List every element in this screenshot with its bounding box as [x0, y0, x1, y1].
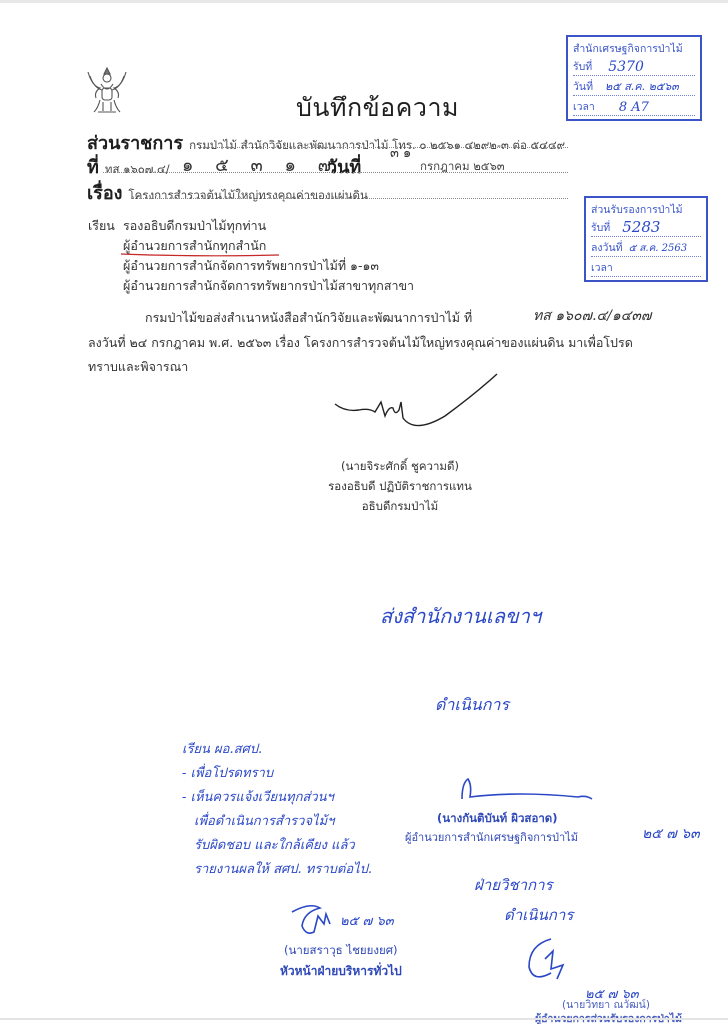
receipt-stamp-economics-office: สำนักเศรษฐกิจการป่าไม้ รับที่ 5370 วันที…	[566, 35, 702, 121]
stamp-date-value: ๕ ส.ค. 2563	[629, 241, 688, 256]
note-line-4: เพื่อดำเนินการสำรวจไม้ฯ	[194, 810, 372, 834]
subject-dotline	[131, 198, 568, 199]
stamp-date-label: ลงวันที่	[591, 239, 623, 256]
date-month-year: กรกฎาคม ๒๕๖๓	[420, 158, 505, 176]
stamp-office-label: สำนักเศรษฐกิจการป่าไม้	[573, 40, 695, 56]
handwritten-approval-1: ส่งสำนักงานเลขาฯ	[380, 600, 541, 632]
document-title: บันทึกข้อความ	[296, 88, 459, 128]
note-line-1: เรียน ผอ.สศป.	[182, 738, 372, 762]
note-signature-date: ๒๕ ๗ ๖๓	[340, 910, 394, 931]
note-line-5: รับผิดชอบ และใกล้เคียง แล้ว	[194, 834, 372, 858]
recipient-4: ผู้อำนวยการสำนักจัดการทรัพยากรป่าไม้สาขา…	[123, 276, 414, 296]
salutation-label: เรียน	[88, 216, 115, 236]
stamp-date-label: วันที่	[573, 78, 593, 95]
recipient-1: รองอธิบดีกรมป่าไม้ทุกท่าน	[123, 216, 266, 236]
director-signature	[458, 775, 608, 805]
body-line-1: กรมป่าไม้ขอส่งสำเนาหนังสือสำนักวิจัยและพ…	[145, 308, 472, 328]
director-date-handwritten: ๒๕ ๗ ๖๓	[642, 823, 700, 845]
stamp-time-label: เวลา	[591, 259, 613, 276]
signatory-block: (นายจิระศักดิ์ ชูความดี) รองอธิบดี ปฏิบั…	[300, 456, 500, 516]
stamp-time-label: เวลา	[573, 98, 595, 115]
assign-line-1: ฝ่ายวิชาการ	[474, 873, 553, 897]
handwritten-note-block: เรียน ผอ.สศป. - เพื่อโปรดทราบ - เห็นควรแ…	[182, 738, 372, 882]
assign-line-2: ดำเนินการ	[504, 903, 573, 927]
recipient-3: ผู้อำนวยการสำนักจัดการทรัพยากรป่าไม้ที่ …	[123, 256, 379, 276]
stamp-date-value: ๒๕ ส.ค. ๒๕๖๓	[605, 77, 679, 95]
body-handwritten-ref: ทส ๑๖๐๗.๔/๑๔๓๗	[533, 305, 651, 327]
stamp-office-label: ส่วนรับรองการป่าไม้	[591, 201, 701, 217]
receipt-stamp-certification-division: ส่วนรับรองการป่าไม้ รับที่ 5283 ลงวันที่…	[584, 196, 708, 282]
subject-value: โครงการสำรวจต้นไม้ใหญ่ทรงคุณค่าของแผ่นดิ…	[128, 187, 367, 205]
garuda-emblem-icon	[84, 64, 130, 116]
stamp-receive-number: 5370	[608, 59, 644, 75]
note-line-2: - เพื่อโปรดทราบ	[182, 762, 372, 786]
subject-label: เรื่อง	[87, 178, 122, 207]
reference-row: ที่ ทส ๑๖๐๗.๔/	[87, 152, 170, 181]
note-line-3: - เห็นควรแจ้งเวียนทุกส่วนฯ	[182, 786, 372, 810]
bottom-signer-position: ผู้อำนวยการส่วนรับรองการป่าไม้	[535, 1010, 682, 1024]
director-position: ผู้อำนวยการสำนักเศรษฐกิจการป่าไม้	[405, 828, 578, 846]
subject-row: เรื่อง โครงการสำรวจต้นไม้ใหญ่ทรงคุณค่าขอ…	[87, 178, 368, 207]
handwritten-approval-2: ดำเนินการ	[435, 693, 509, 718]
note-line-6: รายงานผลให้ สศป. ทราบต่อไป.	[194, 858, 372, 882]
body-line-2: ลงวันที่ ๒๔ กรกฎาคม พ.ศ. ๒๕๖๓ เรื่อง โคร…	[88, 333, 633, 353]
reference-label: ที่	[87, 152, 99, 181]
stamp-receive-label: รับที่	[591, 219, 610, 236]
date-label: วันที่	[327, 152, 361, 181]
stamp-time-value: 8 A7	[619, 100, 649, 115]
note-signer-name: (นายสราวุธ ไชยยงยศ)	[284, 942, 398, 960]
note-signer-position: หัวหน้าฝ่ายบริหารทั่วไป	[280, 962, 402, 981]
signatory-position-2: อธิบดีกรมป่าไม้	[300, 496, 500, 516]
signature-scribble	[335, 372, 505, 442]
signatory-name: (นายจิระศักดิ์ ชูความดี)	[300, 456, 500, 476]
department-dotline	[198, 147, 568, 148]
body-line-3: ทราบและพิจารณา	[88, 357, 188, 377]
stamp-receive-label: รับที่	[573, 58, 592, 75]
reference-dotline	[103, 172, 568, 173]
reference-number-stamped: ๑ ๕ ๓ ๑ ๗	[182, 150, 339, 179]
director-name: (นางกันติบันท์ ผิวสอาด)	[437, 810, 558, 828]
reference-value: ทส ๑๖๐๗.๔/	[105, 161, 170, 179]
page-top-edge	[0, 0, 728, 3]
page-bottom-edge	[0, 1018, 728, 1020]
date-day: ๓ ๑	[390, 142, 411, 163]
stamp-receive-number: 5283	[622, 218, 660, 236]
signatory-position-1: รองอธิบดี ปฏิบัติราชการแทน	[300, 476, 500, 496]
